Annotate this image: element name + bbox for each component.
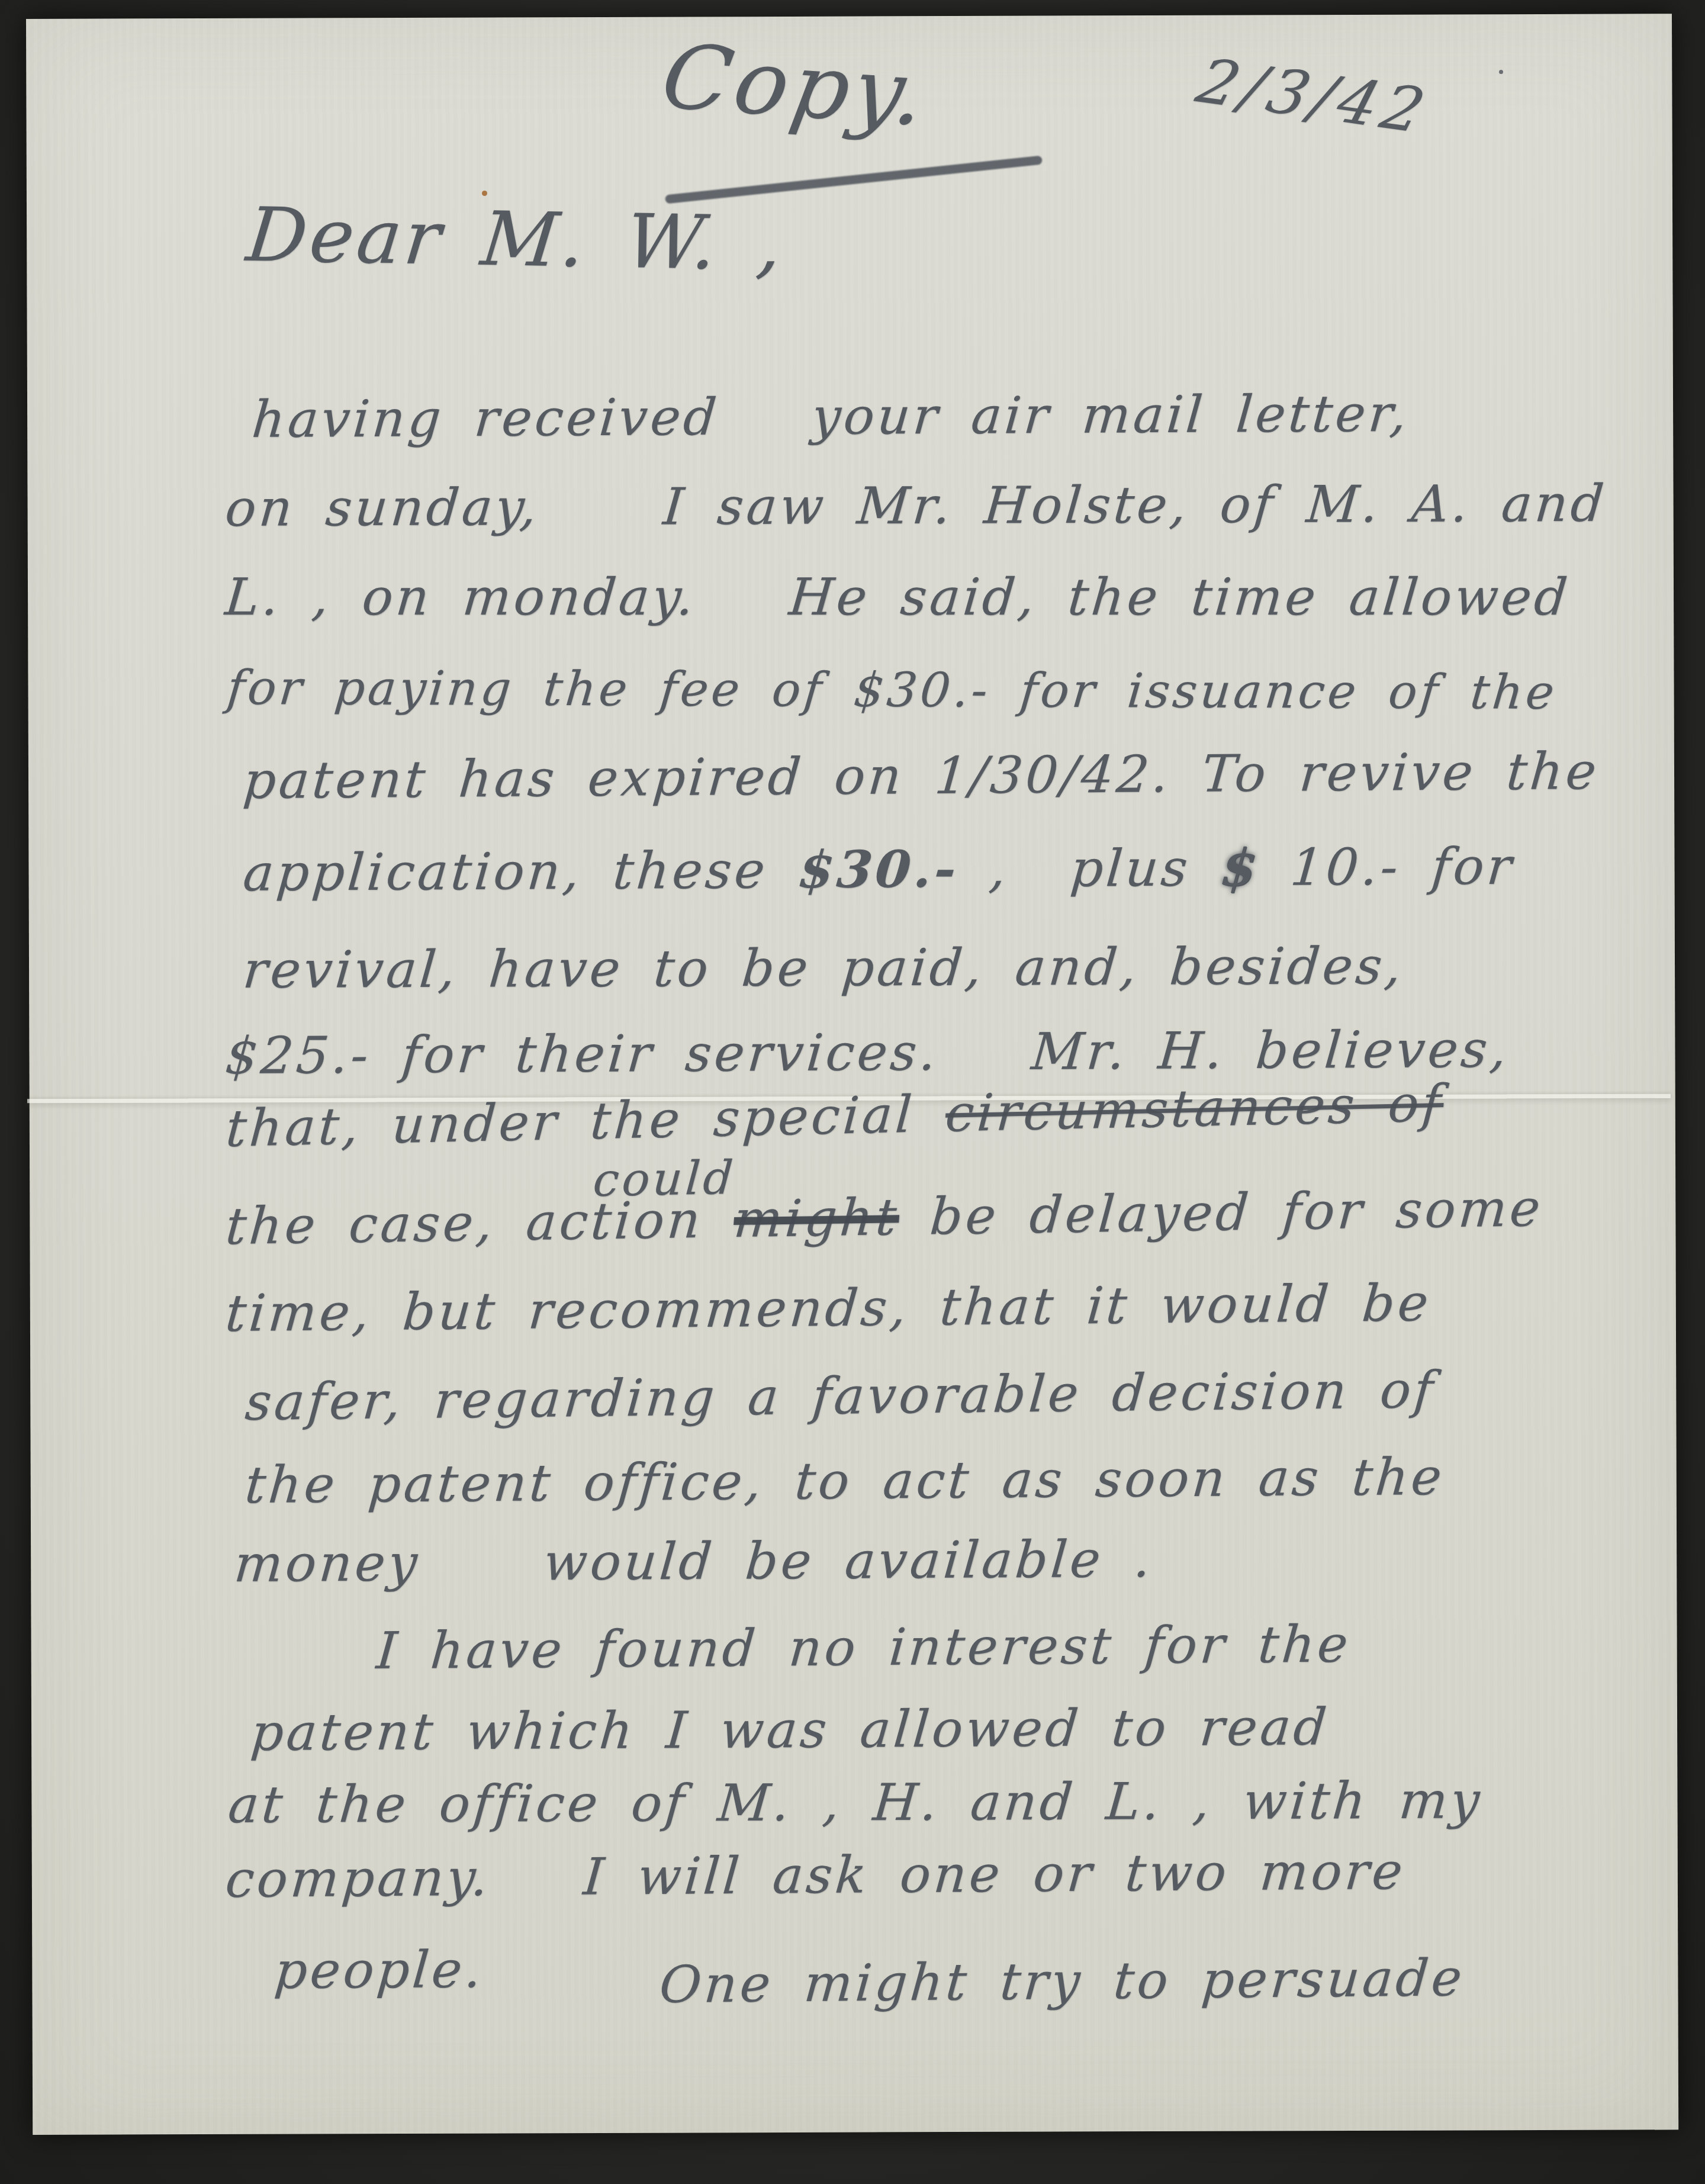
- word-strike: circumstances of: [944, 1074, 1446, 1144]
- word-run: for paying the fee of $30.- for issuance…: [225, 660, 1559, 720]
- handwritten-line: patent has expired on 1/30/42. To revive…: [241, 744, 1601, 809]
- word-run: 10.- for: [1257, 837, 1517, 898]
- handwritten-line: One might try to persuade: [658, 1950, 1467, 2013]
- word-run: L. , on monday. He said, the time allowe…: [223, 568, 1573, 627]
- word-run: One might try to persuade: [657, 1948, 1466, 2015]
- handwritten-line: L. , on monday. He said, the time allowe…: [223, 570, 1572, 626]
- word-run: having received your air mail letter,: [250, 384, 1412, 449]
- word-scrib: might: [732, 1188, 901, 1249]
- scan-background: Copy. 2/3/42 Dear M. W. , having receive…: [0, 0, 1705, 2184]
- word-run: on sunday, I saw Mr. Holste, of M. A. an…: [223, 474, 1609, 538]
- handwritten-line: $25.- for their services. Mr. H. believe…: [223, 1022, 1511, 1085]
- handwritten-line: patent which I was allowed to read: [249, 1699, 1331, 1761]
- handwritten-line: for paying the fee of $30.- for issuance…: [225, 662, 1559, 719]
- word-dark: $30.-: [796, 839, 961, 900]
- copy-label: Copy.: [655, 28, 937, 144]
- graphite-dot: [1499, 70, 1503, 74]
- handwritten-line: money would be available .: [232, 1532, 1156, 1593]
- word-run: application, these: [241, 841, 801, 903]
- word-blot: $: [1219, 838, 1262, 898]
- word-run: revival, have to be paid, and, besides,: [241, 937, 1407, 1000]
- handwritten-line: I have found no interest for the: [374, 1617, 1353, 1680]
- word-run: I have found no interest for the: [374, 1615, 1353, 1681]
- word-run: money would be available .: [232, 1530, 1156, 1594]
- handwritten-line: on sunday, I saw Mr. Holste, of M. A. an…: [223, 476, 1609, 537]
- word-run: the patent office, to act as soon as the: [243, 1448, 1447, 1515]
- salutation: Dear M. W. ,: [243, 194, 789, 285]
- word-run: patent which I was allowed to read: [249, 1697, 1331, 1762]
- handwritten-line: revival, have to be paid, and, besides,: [241, 938, 1406, 998]
- word-run: at the office of M. , H. and L. , with m…: [226, 1771, 1485, 1835]
- word-run: company. I will ask one or two more: [223, 1842, 1408, 1909]
- handwritten-line: application, these $30.- , plus $ 10.- f…: [241, 839, 1517, 902]
- handwritten-line: at the office of M. , H. and L. , with m…: [226, 1773, 1485, 1834]
- handwritten-line: company. I will ask one or two more: [223, 1844, 1407, 1908]
- word-run: safer, regarding a favorable decision of: [243, 1360, 1438, 1432]
- word-run: time, but recommends, that it would be: [223, 1273, 1433, 1343]
- handwritten-line: the patent office, to act as soon as the: [243, 1449, 1446, 1514]
- handwritten-line: time, but recommends, that it would be: [224, 1275, 1433, 1342]
- word-run: $25.- for their services. Mr. H. believe…: [223, 1020, 1512, 1086]
- handwritten-line: having received your air mail letter,: [250, 386, 1411, 448]
- handwritten-line: safer, regarding a favorable decision of: [243, 1362, 1438, 1431]
- word-run: , plus: [956, 838, 1224, 899]
- word-run: patent has expired on 1/30/42. To revive…: [241, 742, 1601, 810]
- rust-speck: [482, 191, 487, 196]
- word-run: people.: [272, 1940, 487, 2000]
- handwritten-line: people.: [272, 1942, 486, 1999]
- word-run: the case, action: [224, 1190, 736, 1256]
- word-run: be delayed for some: [897, 1179, 1545, 1247]
